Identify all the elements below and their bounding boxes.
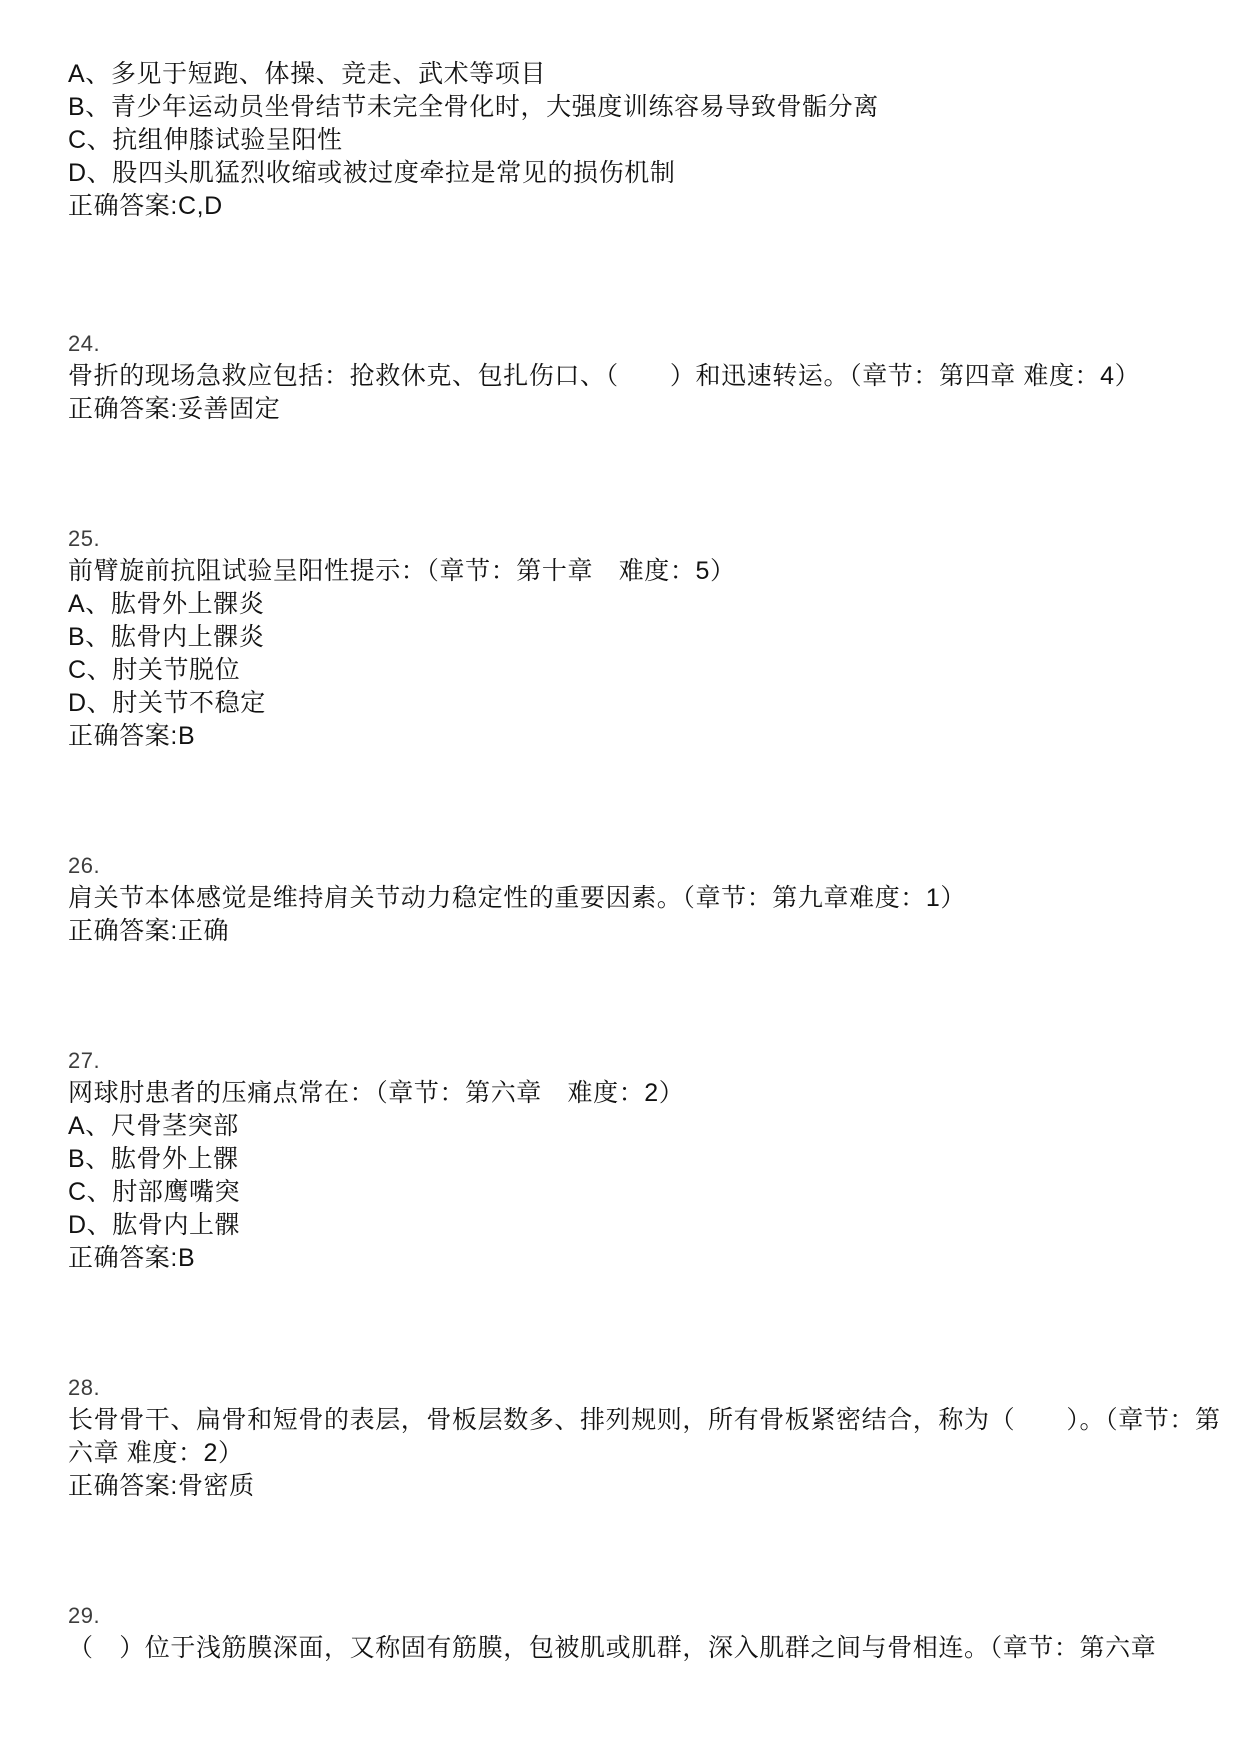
option-line: C、肘关节脱位 <box>68 654 1230 687</box>
answer-line: 正确答案:B <box>68 1242 1230 1275</box>
question-number: 25. <box>68 522 1230 555</box>
option-line: C、抗组伸膝试验呈阳性 <box>68 124 1230 157</box>
question-block: 25.前臂旋前抗阻试验呈阳性提示：（章节：第十章 难度：5）A、肱骨外上髁炎B、… <box>68 522 1230 753</box>
question-text: （ ）位于浅筋膜深面，又称固有筋膜，包被肌或肌群，深入肌群之间与骨相连。（章节：… <box>68 1632 1230 1665</box>
question-number: 29. <box>68 1599 1230 1632</box>
option-line: A、尺骨茎突部 <box>68 1110 1230 1143</box>
option-line: A、肱骨外上髁炎 <box>68 588 1230 621</box>
answer-line: 正确答案:妥善固定 <box>68 393 1230 426</box>
question-block: 26.肩关节本体感觉是维持肩关节动力稳定性的重要因素。（章节：第九章难度：1）正… <box>68 849 1230 948</box>
answer-line: 正确答案:骨密质 <box>68 1470 1230 1503</box>
option-line: D、肘关节不稳定 <box>68 687 1230 720</box>
option-line: D、股四头肌猛烈收缩或被过度牵拉是常见的损伤机制 <box>68 157 1230 190</box>
question-text: 长骨骨干、扁骨和短骨的表层，骨板层数多、排列规则，所有骨板紧密结合，称为（ ）。… <box>68 1404 1230 1470</box>
option-line: A、多见于短跑、体操、竞走、武术等项目 <box>68 58 1230 91</box>
question-block: 29.（ ）位于浅筋膜深面，又称固有筋膜，包被肌或肌群，深入肌群之间与骨相连。（… <box>68 1599 1230 1665</box>
question-block: 27.网球肘患者的压痛点常在：（章节：第六章 难度：2）A、尺骨茎突部B、肱骨外… <box>68 1044 1230 1275</box>
question-number: 24. <box>68 327 1230 360</box>
question-number: 27. <box>68 1044 1230 1077</box>
question-number: 28. <box>68 1371 1230 1404</box>
option-line: B、肱骨外上髁 <box>68 1143 1230 1176</box>
question-text: 肩关节本体感觉是维持肩关节动力稳定性的重要因素。（章节：第九章难度：1） <box>68 882 1230 915</box>
question-block: A、多见于短跑、体操、竞走、武术等项目B、青少年运动员坐骨结节未完全骨化时，大强… <box>68 58 1230 223</box>
option-line: B、肱骨内上髁炎 <box>68 621 1230 654</box>
question-block: 24.骨折的现场急救应包括：抢救休克、包扎伤口、（ ）和迅速转运。（章节：第四章… <box>68 327 1230 426</box>
option-line: B、青少年运动员坐骨结节未完全骨化时，大强度训练容易导致骨骺分离 <box>68 91 1230 124</box>
answer-line: 正确答案:C,D <box>68 190 1230 223</box>
question-list: A、多见于短跑、体操、竞走、武术等项目B、青少年运动员坐骨结节未完全骨化时，大强… <box>0 0 1240 1665</box>
question-block: 28.长骨骨干、扁骨和短骨的表层，骨板层数多、排列规则，所有骨板紧密结合，称为（… <box>68 1371 1230 1503</box>
question-number: 26. <box>68 849 1230 882</box>
answer-line: 正确答案:正确 <box>68 915 1230 948</box>
answer-line: 正确答案:B <box>68 720 1230 753</box>
question-text: 前臂旋前抗阻试验呈阳性提示：（章节：第十章 难度：5） <box>68 555 1230 588</box>
question-text: 骨折的现场急救应包括：抢救休克、包扎伤口、（ ）和迅速转运。（章节：第四章 难度… <box>68 360 1230 393</box>
question-text: 网球肘患者的压痛点常在：（章节：第六章 难度：2） <box>68 1077 1230 1110</box>
option-line: D、肱骨内上髁 <box>68 1209 1230 1242</box>
option-line: C、肘部鹰嘴突 <box>68 1176 1230 1209</box>
